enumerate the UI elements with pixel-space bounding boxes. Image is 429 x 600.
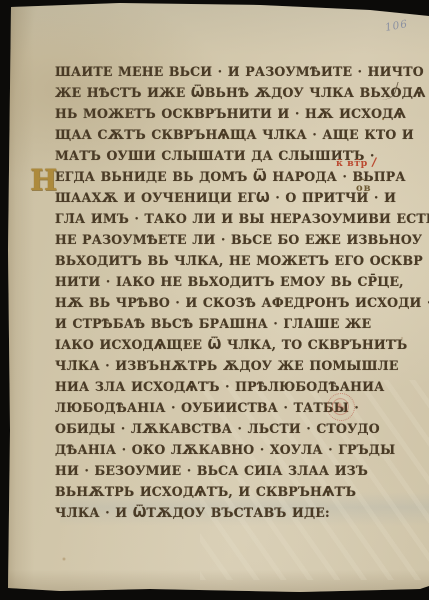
text-line: НЬ МОЖЕТЪ ОСКВРЪНИТИ И · НѪ ИСХОДѦ [55, 104, 381, 125]
lectionary-rubric-text: к̄ вт̄р [336, 158, 368, 169]
library-stamp-emblem [330, 397, 350, 417]
text-line: ІАКО ИСХОДѦЩЕЕ Ѿ ЧЛ̄КА, ТО СКВРЪНИТЪ [55, 335, 381, 356]
text-line: ЕГДА ВЬНИДЕ ВЬ ДОМЪ Ѿ НАРОДА · ВЬПРА [55, 167, 381, 188]
rubric-slash-mark: / [371, 155, 378, 170]
parchment-page: 106 ШАИТЕ МЕНЕ ВЬСИ · И РАЗОУМѢИТЕ · НИЧ… [0, 0, 429, 600]
folio-number: 106 [384, 18, 409, 34]
text-line: ГЛ̄А ИМЪ · ТАКО ЛИ И ВЫ НЕРАЗОУМИВИ ЕСТЕ… [55, 209, 381, 230]
margin-note: ов [356, 183, 372, 194]
text-line: ДѢАНІА · ОКО ЛѪКАВНО · ХОУЛА · ГРЪДЫ [55, 440, 381, 461]
text-line: НИ · БЕЗОУМИЕ · ВЬСА СИІА ЗЛАА ИЗЪ [55, 461, 381, 482]
manuscript-photo: 106 ШАИТЕ МЕНЕ ВЬСИ · И РАЗОУМѢИТЕ · НИЧ… [0, 0, 429, 600]
text-line: ЧЛ̄КА · ИЗВЪНѪТРЬ ѪДОУ ЖЕ ПОМЫШЛЕ [55, 356, 381, 377]
text-line: НѪ ВЬ ЧРѢВО · И СКОЗѢ АФЕДРОНЪ ИСХОДИ · [55, 293, 381, 314]
text-line: ОБИДЫ · ЛѪКАВСТВА · ЛЬСТИ · СТОУДО [55, 419, 381, 440]
lectionary-rubric: к̄ вт̄р / [336, 155, 377, 169]
text-line: НЕ РАЗОУМѢЕТЕ ЛИ · ВЬСЕ БО ЕЖЕ ИЗВЬНОУ [55, 230, 381, 251]
text-line: ЩАА СѪТЪ СКВРЪНѦЩА ЧЛ̄КА · АЩЕ КТО И [55, 125, 381, 146]
text-block: ШАИТЕ МЕНЕ ВЬСИ · И РАЗОУМѢИТЕ · НИЧТО Ж… [55, 62, 381, 524]
text-line: ЧЛ̄КА · И ѾТѪДОУ ВЪСТАВЪ ИДЕ: [55, 503, 381, 524]
text-line: ЖЕ НѢСТЪ ИЖЕ ѾВЬНѢ ѪДОУ ЧЛ̄КА ВЬХОДѦ ВЪ [55, 83, 381, 104]
text-line: НИТИ · ІАКО НЕ ВЬХОДИТЪ ЕМОУ ВЬ СР̄ЦЕ, [55, 272, 381, 293]
text-line: ШАИТЕ МЕНЕ ВЬСИ · И РАЗОУМѢИТЕ · НИЧТО [55, 62, 381, 83]
text-line: И СТРѢБАѢ ВЬСѢ БРАШНА · ГЛ̄АШЕ ЖЕ [55, 314, 381, 335]
text-line: ВЬНѪТРЬ ИСХОДѦТЪ, И СКВРЪНѦТЪ [55, 482, 381, 503]
text-line: МАТЪ ОУШИ СЛЫШАТИ ДА СЛЫШИТЪ · [55, 146, 381, 167]
text-line: ШААХѪ И ОУЧЕНИЦИ ЕГѠ · О ПРИТЧИ · И [55, 188, 381, 209]
illuminated-initial: Н [30, 166, 57, 195]
text-line: ВЬХОДИТЪ ВЬ ЧЛ̄КА, НЕ МОЖЕТЪ ЕГО ОСКВР [55, 251, 381, 272]
